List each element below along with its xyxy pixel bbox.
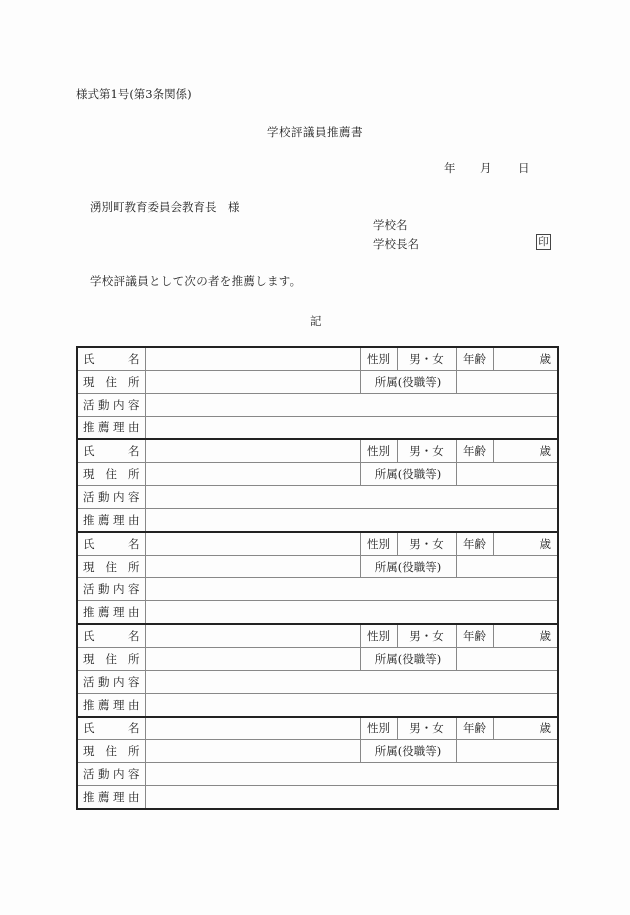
label-activity: 活動内容 [77,393,145,416]
age-unit: 歳 [540,352,552,366]
date-month-label: 月 [480,160,518,176]
reason-field[interactable] [145,508,558,531]
name-field[interactable] [145,439,360,462]
entry-4-address-row: 現住所所属(役職等) [77,647,558,670]
label-address: 現住所 [77,370,145,393]
age-unit: 歳 [540,629,552,643]
age-unit: 歳 [540,721,552,735]
address-field[interactable] [145,463,360,486]
label-reason: 推薦理由 [77,416,145,439]
form-number: 様式第1号(第3条関係) [76,86,192,102]
entry-5-address-row: 現住所所属(役職等) [77,740,558,763]
affiliation-field[interactable] [456,647,558,670]
entry-1-reason-row: 推薦理由 [77,416,558,439]
entry-1-address-row: 現住所所属(役職等) [77,370,558,393]
gender-label: 性別 [360,347,397,370]
affiliation-label: 所属(役職等) [360,370,456,393]
entry-3-reason-row: 推薦理由 [77,601,558,624]
label-reason: 推薦理由 [77,693,145,716]
affiliation-label: 所属(役職等) [360,463,456,486]
label-address: 現住所 [77,740,145,763]
label-address: 現住所 [77,647,145,670]
age-field[interactable]: 歳 [493,439,558,462]
label-activity: 活動内容 [77,670,145,693]
age-label: 年齢 [456,347,493,370]
reason-field[interactable] [145,416,558,439]
name-field[interactable] [145,347,360,370]
affiliation-label: 所属(役職等) [360,740,456,763]
label-reason: 推薦理由 [77,601,145,624]
entry-3-address-row: 現住所所属(役職等) [77,555,558,578]
activity-field[interactable] [145,578,558,601]
entry-2-activity-row: 活動内容 [77,486,558,509]
document-title: 学校評議員推薦書 [267,124,363,140]
reason-field[interactable] [145,786,558,809]
recommendation-table: 氏名性別男・女年齢歳現住所所属(役職等)活動内容推薦理由氏名性別男・女年齢歳現住… [76,346,559,810]
label-name: 氏名 [77,717,145,740]
date-day-label: 日 [518,160,530,176]
entry-2-reason-row: 推薦理由 [77,508,558,531]
entry-4-activity-row: 活動内容 [77,670,558,693]
label-name: 氏名 [77,624,145,647]
gender-options[interactable]: 男・女 [397,439,456,462]
seal-mark: 印 [536,234,551,250]
age-field[interactable]: 歳 [493,347,558,370]
ki-heading: 記 [310,313,322,329]
entry-5-activity-row: 活動内容 [77,763,558,786]
entry-1-name-row: 氏名性別男・女年齢歳 [77,347,558,370]
label-reason: 推薦理由 [77,786,145,809]
gender-label: 性別 [360,439,397,462]
date-line: 年月日 [444,160,530,176]
gender-label: 性別 [360,624,397,647]
age-label: 年齢 [456,439,493,462]
label-name: 氏名 [77,347,145,370]
gender-label: 性別 [360,717,397,740]
label-address: 現住所 [77,555,145,578]
activity-field[interactable] [145,486,558,509]
label-activity: 活動内容 [77,578,145,601]
activity-field[interactable] [145,670,558,693]
entry-3-name-row: 氏名性別男・女年齢歳 [77,532,558,555]
activity-field[interactable] [145,763,558,786]
affiliation-field[interactable] [456,740,558,763]
entry-2-address-row: 現住所所属(役職等) [77,463,558,486]
age-field[interactable]: 歳 [493,717,558,740]
label-activity: 活動内容 [77,486,145,509]
label-address: 現住所 [77,463,145,486]
age-label: 年齢 [456,532,493,555]
label-name: 氏名 [77,439,145,462]
address-field[interactable] [145,740,360,763]
affiliation-field[interactable] [456,370,558,393]
age-unit: 歳 [540,444,552,458]
affiliation-label: 所属(役職等) [360,647,456,670]
address-field[interactable] [145,555,360,578]
name-field[interactable] [145,624,360,647]
age-field[interactable]: 歳 [493,624,558,647]
entry-2-name-row: 氏名性別男・女年齢歳 [77,439,558,462]
entry-4-reason-row: 推薦理由 [77,693,558,716]
entry-5-reason-row: 推薦理由 [77,786,558,809]
gender-label: 性別 [360,532,397,555]
entry-5-name-row: 氏名性別男・女年齢歳 [77,717,558,740]
affiliation-field[interactable] [456,463,558,486]
age-label: 年齢 [456,624,493,647]
name-field[interactable] [145,532,360,555]
entry-3-activity-row: 活動内容 [77,578,558,601]
gender-options[interactable]: 男・女 [397,347,456,370]
date-year-label: 年 [444,160,480,176]
label-name: 氏名 [77,532,145,555]
addressee: 湧別町教育委員会教育長 様 [90,199,240,215]
age-label: 年齢 [456,717,493,740]
principal-name-label: 学校長名 [373,236,419,252]
name-field[interactable] [145,717,360,740]
address-field[interactable] [145,370,360,393]
gender-options[interactable]: 男・女 [397,624,456,647]
age-unit: 歳 [540,537,552,551]
label-activity: 活動内容 [77,763,145,786]
label-reason: 推薦理由 [77,508,145,531]
gender-options[interactable]: 男・女 [397,532,456,555]
entry-1-activity-row: 活動内容 [77,393,558,416]
activity-field[interactable] [145,393,558,416]
address-field[interactable] [145,647,360,670]
entry-4-name-row: 氏名性別男・女年齢歳 [77,624,558,647]
school-name-label: 学校名 [373,217,408,233]
reason-field[interactable] [145,693,558,716]
affiliation-field[interactable] [456,555,558,578]
age-field[interactable]: 歳 [493,532,558,555]
gender-options[interactable]: 男・女 [397,717,456,740]
reason-field[interactable] [145,601,558,624]
affiliation-label: 所属(役職等) [360,555,456,578]
intro-text: 学校評議員として次の者を推薦します。 [90,273,301,289]
